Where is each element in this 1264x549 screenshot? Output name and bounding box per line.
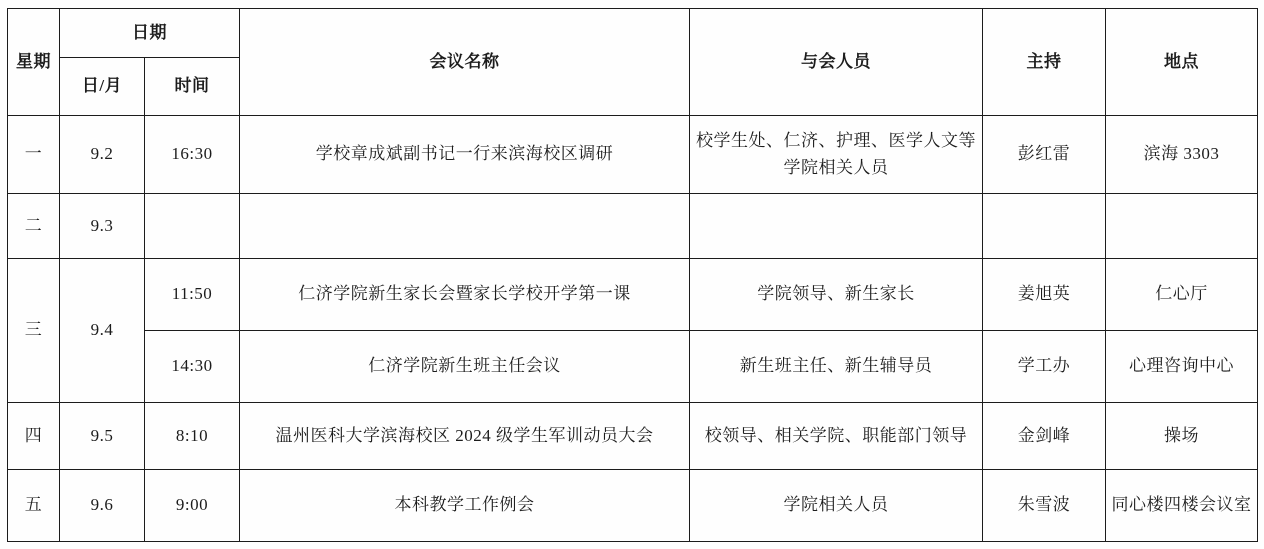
cell-attendees: 校领导、相关学院、职能部门领导 [690,403,983,470]
cell-host: 姜旭英 [983,259,1106,331]
cell-time: 11:50 [145,259,240,331]
table-body: 一 9.2 16:30 学校章成斌副书记一行来滨海校区调研 校学生处、仁济、护理… [8,116,1258,542]
cell-date: 9.2 [60,116,145,194]
cell-location: 滨海 3303 [1106,116,1258,194]
meeting-schedule-table: 星期 日期 会议名称 与会人员 主持 地点 日/月 时间 一 9.2 16:30… [7,8,1258,542]
cell-host: 学工办 [983,331,1106,403]
cell-attendees: 新生班主任、新生辅导员 [690,331,983,403]
cell-host: 金剑峰 [983,403,1106,470]
cell-date: 9.5 [60,403,145,470]
cell-meeting-name: 温州医科大学滨海校区 2024 级学生军训动员大会 [240,403,690,470]
cell-time: 9:00 [145,470,240,542]
table-row: 一 9.2 16:30 学校章成斌副书记一行来滨海校区调研 校学生处、仁济、护理… [8,116,1258,194]
cell-date: 9.6 [60,470,145,542]
cell-host: 朱雪波 [983,470,1106,542]
header-location: 地点 [1106,9,1258,116]
cell-meeting-name: 仁济学院新生家长会暨家长学校开学第一课 [240,259,690,331]
cell-location: 心理咨询中心 [1106,331,1258,403]
cell-weekday: 一 [8,116,60,194]
header-day-month: 日/月 [60,58,145,116]
table-row: 四 9.5 8:10 温州医科大学滨海校区 2024 级学生军训动员大会 校领导… [8,403,1258,470]
cell-attendees [690,194,983,259]
cell-meeting-name: 本科教学工作例会 [240,470,690,542]
cell-host [983,194,1106,259]
cell-weekday: 三 [8,259,60,403]
cell-time [145,194,240,259]
cell-date: 9.4 [60,259,145,403]
cell-meeting-name [240,194,690,259]
header-host: 主持 [983,9,1106,116]
cell-time: 8:10 [145,403,240,470]
cell-location: 仁心厅 [1106,259,1258,331]
table-row: 五 9.6 9:00 本科教学工作例会 学院相关人员 朱雪波 同心楼四楼会议室 [8,470,1258,542]
cell-location: 操场 [1106,403,1258,470]
cell-time: 14:30 [145,331,240,403]
cell-host: 彭红雷 [983,116,1106,194]
cell-attendees: 学院领导、新生家长 [690,259,983,331]
table-row: 14:30 仁济学院新生班主任会议 新生班主任、新生辅导员 学工办 心理咨询中心 [8,331,1258,403]
cell-attendees: 校学生处、仁济、护理、医学人文等学院相关人员 [690,116,983,194]
cell-weekday: 五 [8,470,60,542]
cell-location: 同心楼四楼会议室 [1106,470,1258,542]
cell-attendees: 学院相关人员 [690,470,983,542]
cell-meeting-name: 仁济学院新生班主任会议 [240,331,690,403]
table-row: 三 9.4 11:50 仁济学院新生家长会暨家长学校开学第一课 学院领导、新生家… [8,259,1258,331]
header-row-1: 星期 日期 会议名称 与会人员 主持 地点 [8,9,1258,58]
header-attendees: 与会人员 [690,9,983,116]
header-weekday: 星期 [8,9,60,116]
header-meeting-name: 会议名称 [240,9,690,116]
cell-weekday: 四 [8,403,60,470]
cell-meeting-name: 学校章成斌副书记一行来滨海校区调研 [240,116,690,194]
cell-weekday: 二 [8,194,60,259]
cell-time: 16:30 [145,116,240,194]
header-time: 时间 [145,58,240,116]
table-row: 二 9.3 [8,194,1258,259]
document-page: 星期 日期 会议名称 与会人员 主持 地点 日/月 时间 一 9.2 16:30… [0,0,1264,549]
header-date-group: 日期 [60,9,240,58]
table-header: 星期 日期 会议名称 与会人员 主持 地点 日/月 时间 [8,9,1258,116]
cell-location [1106,194,1258,259]
cell-date: 9.3 [60,194,145,259]
